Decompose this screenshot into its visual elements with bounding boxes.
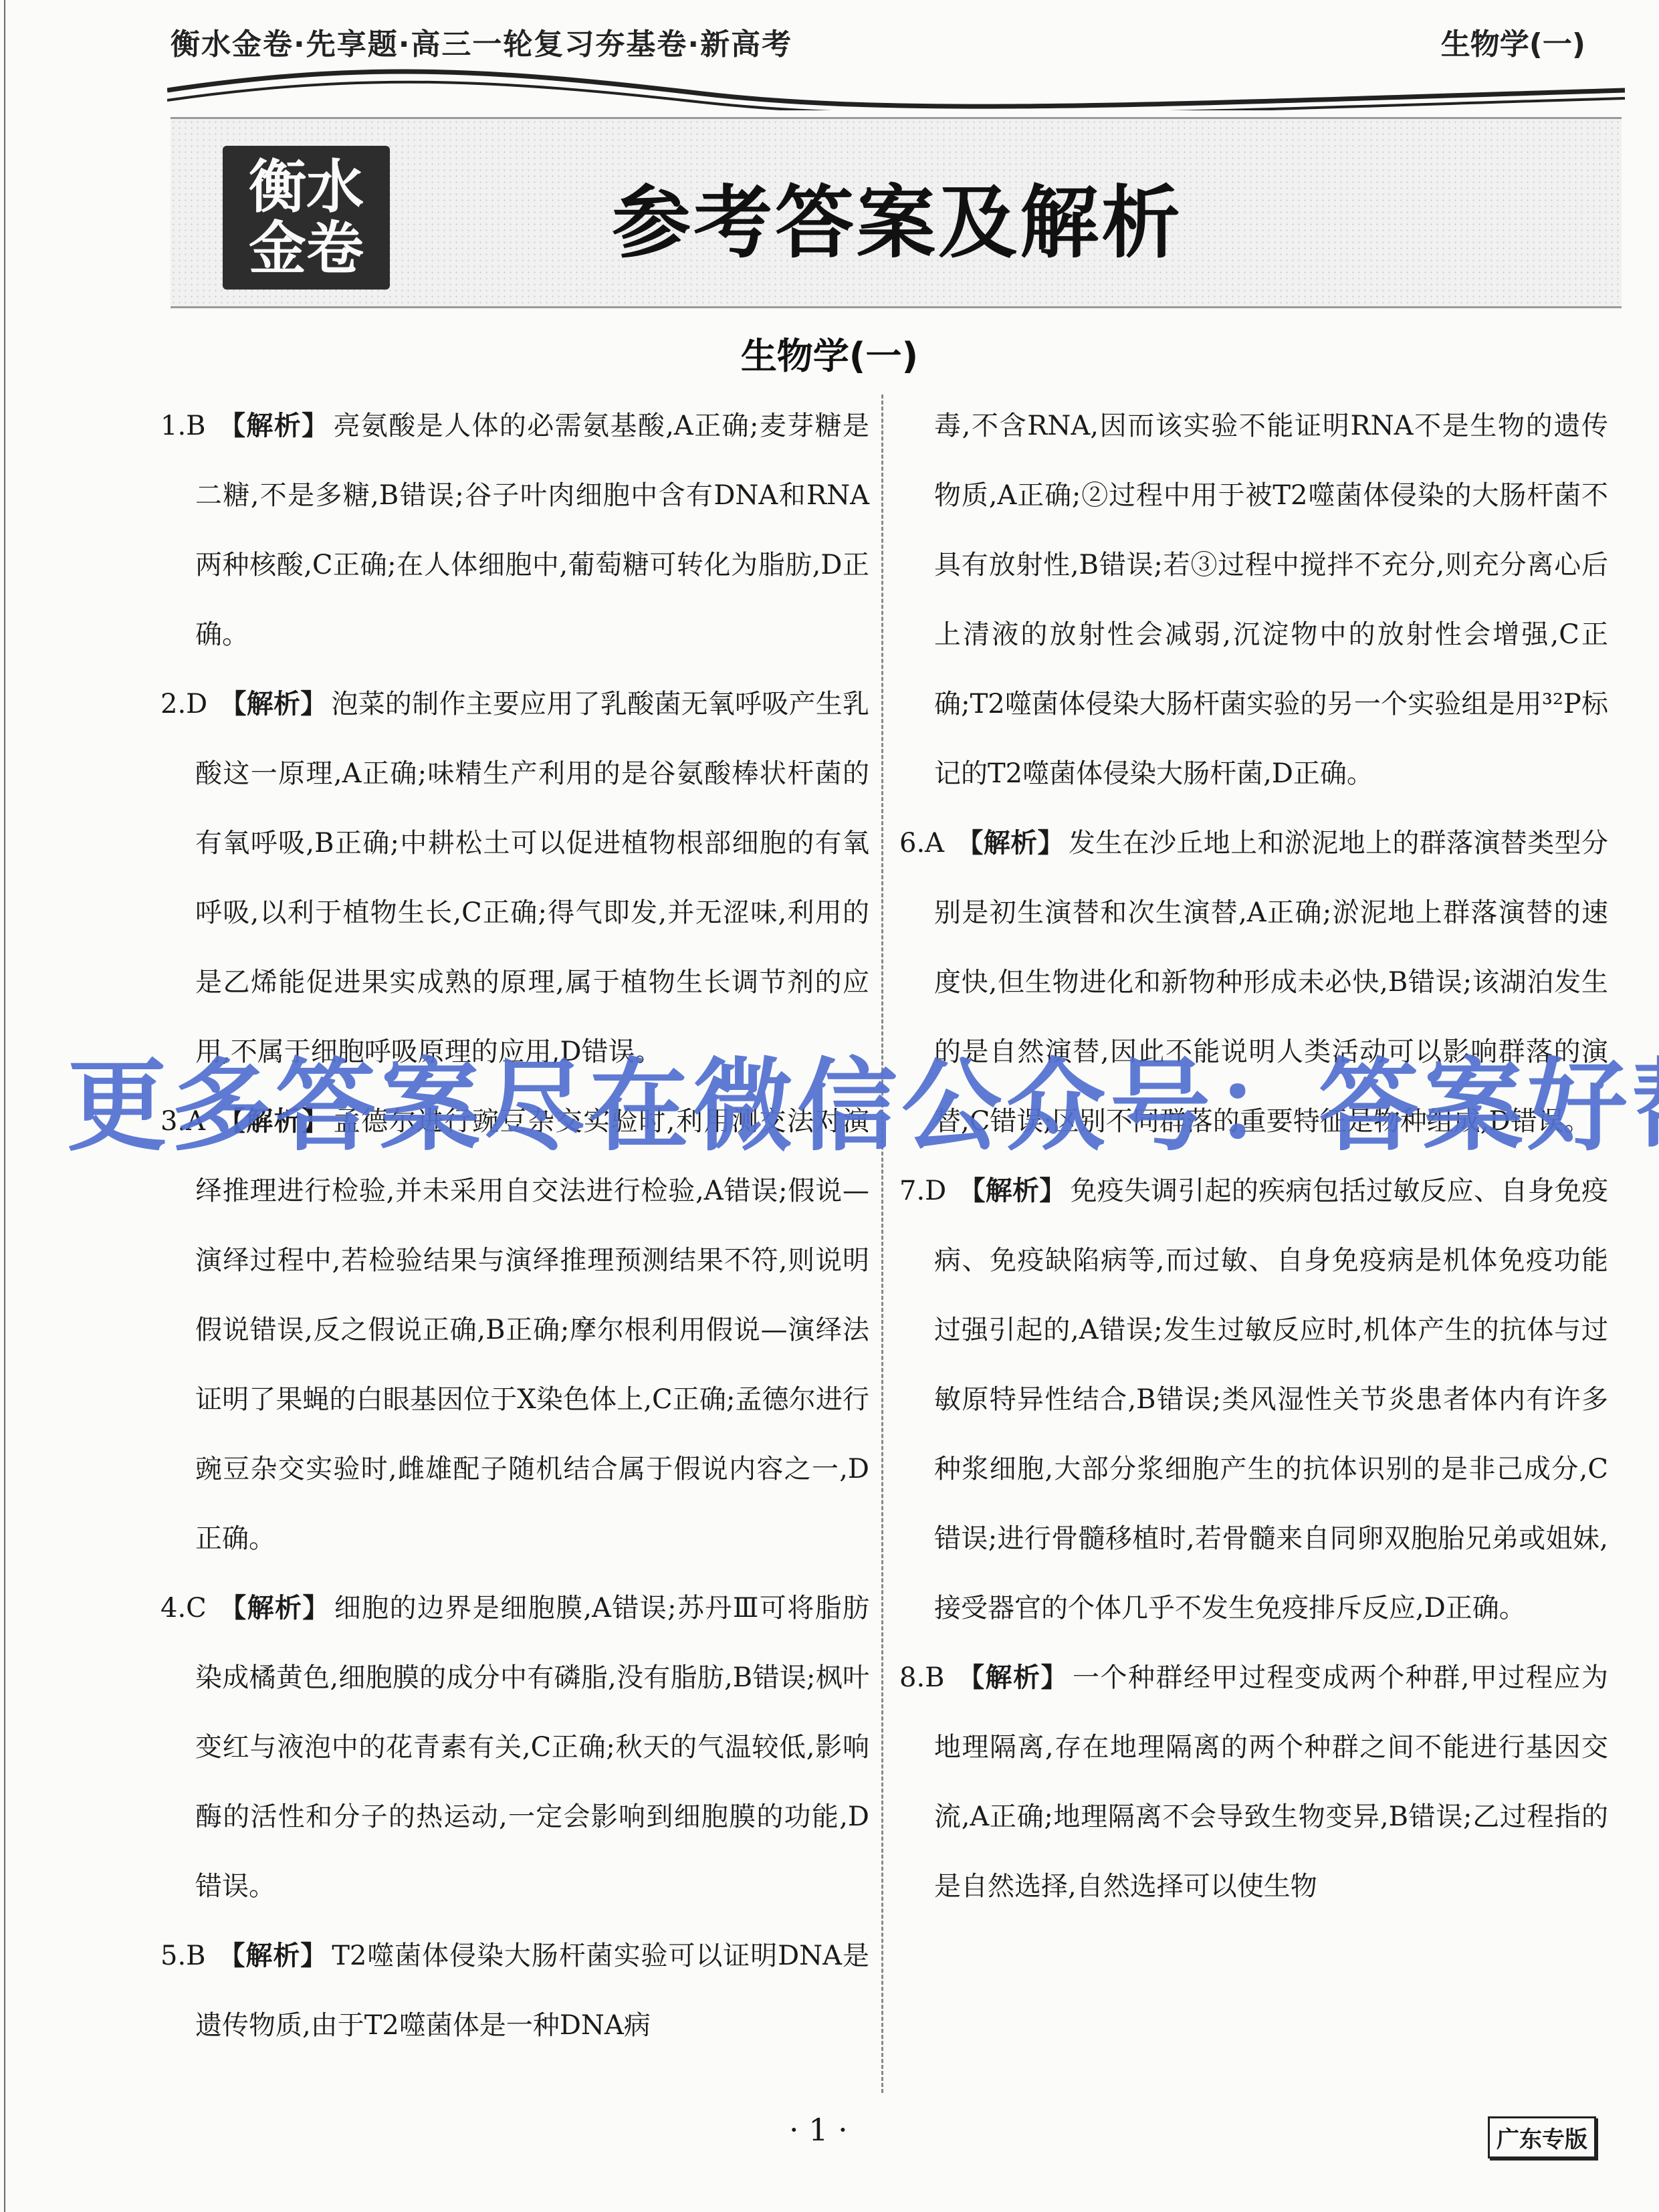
answer-text: 细胞的边界是细胞膜,A错误;苏丹Ⅲ可将脂肪染成橘黄色,细胞膜的成分中有磷脂,没有…: [195, 1593, 869, 1902]
title-banner: 衡水金卷 参考答案及解析: [171, 117, 1622, 308]
answer-choice: D: [925, 1176, 946, 1206]
answer-number: 2.: [160, 689, 186, 720]
page-number: · 1 ·: [789, 2112, 848, 2148]
analysis-tag: 【解析】: [957, 1662, 1069, 1693]
answer-choice: C: [186, 1593, 207, 1624]
column-divider: [881, 395, 883, 2093]
analysis-tag: 【解析】: [218, 411, 330, 441]
answer-choice: D: [186, 689, 207, 720]
answer-number: 6.: [899, 828, 925, 859]
analysis-tag: 【解析】: [956, 828, 1065, 859]
answer-item-2: 2.D【解析】泡菜的制作主要应用了乳酸菌无氧呼吸产生乳酸这一原理,A正确;味精生…: [160, 669, 869, 1087]
analysis-tag: 【解析】: [219, 1593, 330, 1624]
edition-badge: 广东专版: [1488, 2116, 1596, 2159]
answer-text: 亮氨酸是人体的必需氨基酸,A正确;麦芽糖是二糖,不是多糖,B错误;谷子叶肉细胞中…: [195, 411, 869, 650]
watermark-overlay: 更多答案尽在微信公众号：答案好帮手: [67, 1057, 1618, 1157]
analysis-tag: 【解析】: [219, 689, 327, 720]
answer-text: 一个种群经甲过程变成两个种群,甲过程应为地理隔离,存在地理隔离的两个种群之间不能…: [934, 1662, 1608, 1902]
answer-item-5: 5.B【解析】T2噬菌体侵染大肠杆菌实验可以证明DNA是遗传物质,由于T2噬菌体…: [160, 1921, 869, 2060]
answer-number: 4.: [160, 1593, 186, 1624]
answer-item-7: 7.D【解析】免疫失调引起的疾病包括过敏反应、自身免疫病、免疫缺陷病等,而过敏、…: [899, 1156, 1608, 1643]
section-title: 生物学(一): [0, 328, 1659, 379]
series-title: 衡水金卷·先享题·高三一轮复习夯基卷·新高考: [171, 20, 792, 63]
answer-number: 5.: [160, 1941, 186, 1971]
seal-logo-icon: 衡水金卷: [223, 146, 390, 290]
subject-label: 生物学(一): [1441, 20, 1585, 63]
header-wave-divider: [167, 64, 1625, 110]
answer-item-1: 1.B【解析】亮氨酸是人体的必需氨基酸,A正确;麦芽糖是二糖,不是多糖,B错误;…: [160, 391, 869, 669]
analysis-tag: 【解析】: [958, 1176, 1066, 1206]
answer-item-5-continued: 毒,不含RNA,因而该实验不能证明RNA不是生物的遗传物质,A正确;②过程中用于…: [899, 391, 1608, 808]
answer-number: 1.: [160, 411, 186, 441]
answer-text: 孟德尔进行豌豆杂交实验时,利用测交法对演绎推理进行检验,并未采用自交法进行检验,…: [195, 1106, 869, 1554]
banner-title: 参考答案及解析: [612, 159, 1183, 273]
left-column: 1.B【解析】亮氨酸是人体的必需氨基酸,A正确;麦芽糖是二糖,不是多糖,B错误;…: [160, 391, 869, 2060]
answer-choice: A: [925, 828, 944, 859]
answer-number: 7.: [899, 1176, 925, 1206]
answer-choice: B: [925, 1662, 944, 1693]
answer-item-8: 8.B【解析】一个种群经甲过程变成两个种群,甲过程应为地理隔离,存在地理隔离的两…: [899, 1643, 1608, 1921]
answer-text: 免疫失调引起的疾病包括过敏反应、自身免疫病、免疫缺陷病等,而过敏、自身免疫病是机…: [934, 1176, 1608, 1624]
answer-text: 泡菜的制作主要应用了乳酸菌无氧呼吸产生乳酸这一原理,A正确;味精生产利用的是谷氨…: [195, 689, 869, 1067]
analysis-tag: 【解析】: [218, 1941, 328, 1971]
answer-number: 8.: [899, 1662, 925, 1693]
answer-choice: B: [186, 411, 205, 441]
answer-choice: B: [186, 1941, 205, 1971]
answer-item-4: 4.C【解析】细胞的边界是细胞膜,A错误;苏丹Ⅲ可将脂肪染成橘黄色,细胞膜的成分…: [160, 1573, 869, 1921]
seal-text: 衡水金卷: [239, 156, 373, 280]
